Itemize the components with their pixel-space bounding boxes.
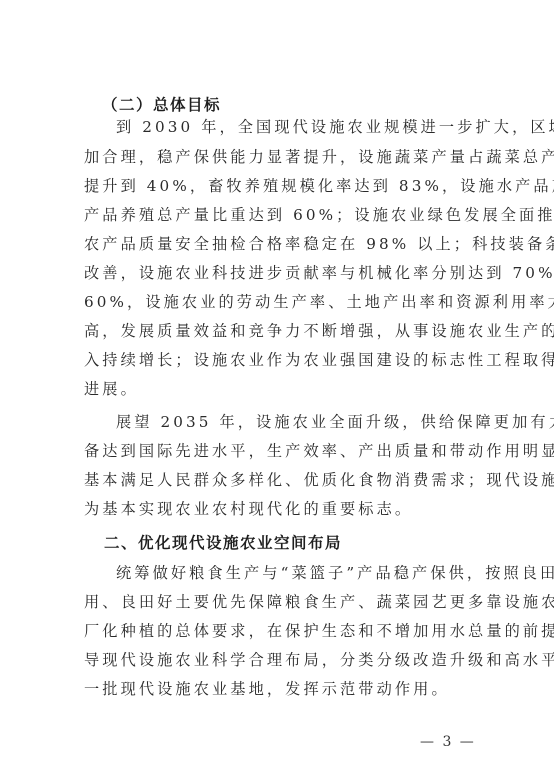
paragraph-line: 展望 2035 年，设施农业全面升级，供给保障更加有力，技术装 xyxy=(116,412,480,432)
section-heading-spatial-layout: 二、优化现代设施农业空间布局 xyxy=(104,533,342,553)
paragraph-line: 农产品质量安全抽检合格率稳定在 98% 以上；科技装备条件显著 xyxy=(84,234,480,254)
paragraph-line: 一批现代设施农业基地，发挥示范带动作用。 xyxy=(84,679,480,699)
page-number: — 3 — xyxy=(420,732,476,752)
paragraph-line: 基本满足人民群众多样化、优质化食物消费需求；现代设施农业成 xyxy=(84,470,480,490)
paragraph-line: 厂化种植的总体要求，在保护生态和不增加用水总量的前提下，引 xyxy=(84,621,480,641)
paragraph-line: 产品养殖总产量比重达到 60%；设施农业绿色发展全面推进，设施 xyxy=(84,205,480,225)
paragraph-line: 备达到国际先进水平，生产效率、产出质量和带动作用明显提升， xyxy=(84,441,480,461)
document-page: （二）总体目标 到 2030 年，全国现代设施农业规模进一步扩大，区域布局更 加… xyxy=(0,0,554,783)
paragraph-line: 进展。 xyxy=(84,379,480,399)
paragraph-line: 加合理，稳产保供能力显著提升，设施蔬菜产量占蔬菜总产量比重 xyxy=(84,147,480,167)
paragraph-line: 高，发展质量效益和竞争力不断增强，从事设施农业生产的农民收 xyxy=(84,321,480,341)
paragraph-line: 为基本实现农业农村现代化的重要标志。 xyxy=(84,499,480,519)
paragraph-line: 提升到 40%，畜牧养殖规模化率达到 83%，设施水产品产量占水 xyxy=(84,176,480,196)
paragraph-line: 用、良田好土要优先保障粮食生产、蔬菜园艺更多靠设施农业和工 xyxy=(84,592,480,612)
paragraph-line: 入持续增长；设施农业作为农业强国建设的标志性工程取得明显 xyxy=(84,350,480,370)
paragraph-line: 统筹做好粮食生产与“菜篮子”产品稳产保供，按照良田粮 xyxy=(116,563,480,583)
paragraph-line: 到 2030 年，全国现代设施农业规模进一步扩大，区域布局更 xyxy=(116,117,480,137)
paragraph-line: 60%，设施农业的劳动生产率、土地产出率和资源利用率大幅提 xyxy=(84,292,480,312)
paragraph-line: 改善，设施农业科技进步贡献率与机械化率分别达到 70% 和 xyxy=(84,263,480,283)
paragraph-line: 导现代设施农业科学合理布局，分类分级改造升级和高水平建设 xyxy=(84,650,480,670)
section-heading-overall-goals: （二）总体目标 xyxy=(102,95,221,115)
